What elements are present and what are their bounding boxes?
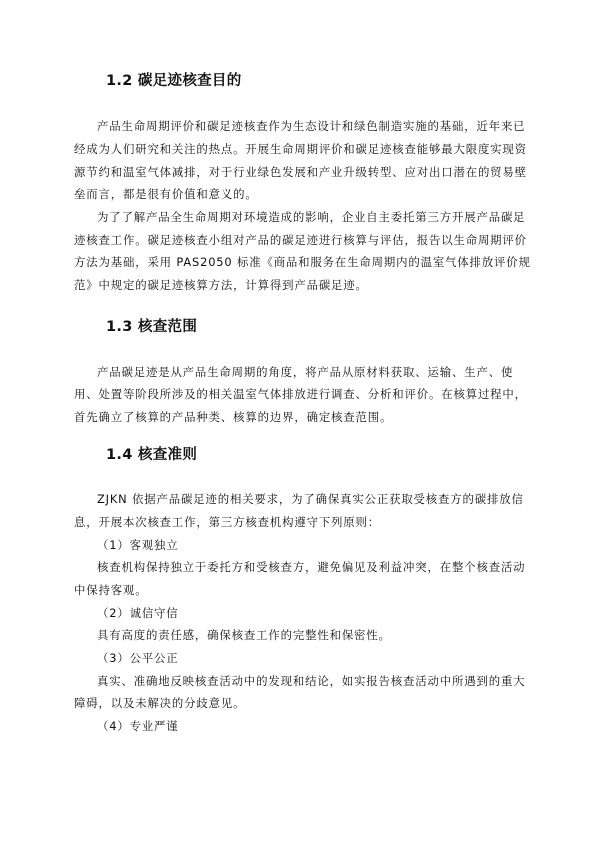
paragraph-line: 中保持客观。 (74, 582, 520, 598)
paragraph-line: 用、处置等阶段所涉及的相关温室气体排放进行调查、分析和评价。在核算过程中， (74, 386, 520, 402)
paragraph-line: ZJKN 依据产品碳足迹的相关要求，为了确保真实公正获取受核查方的碳排放信 (97, 491, 543, 507)
section-heading-1-3: 1.3 核查范围 (106, 318, 197, 336)
document-page: 1.2 碳足迹核查目的 产品生命周期评价和碳足迹核查作为生态设计和绿色制造实施的… (0, 0, 596, 842)
paragraph-line: 首先确立了核算的产品种类、核算的边界，确定核查范围。 (74, 409, 520, 425)
principle-heading: （3）公平公正 (97, 650, 543, 666)
section-heading-1-2: 1.2 碳足迹核查目的 (106, 72, 242, 90)
paragraph-line: 产品碳足迹是从产品生命周期的角度，将产品从原材料获取、运输、生产、使 (97, 364, 543, 380)
paragraph-line: 具有高度的责任感，确保核查工作的完整性和保密性。 (97, 627, 543, 643)
paragraph-line: 经成为人们研究和关注的热点。开展生命周期评价和碳足迹核查能够最大限度实现资 (74, 141, 520, 157)
paragraph-line: 息，开展本次核查工作，第三方核查机构遵守下列原则： (74, 514, 520, 530)
principle-heading: （4）专业严谨 (97, 718, 543, 734)
paragraph-line: 源节约和温室气体减排，对于行业绿色发展和产业升级转型、应对出口潜在的贸易壁 (74, 164, 520, 180)
section-heading-1-4: 1.4 核查准则 (106, 446, 197, 464)
paragraph-line: 迹核查工作。碳足迹核查小组对产品的碳足迹进行核算与评估，报告以生命周期评价 (74, 232, 520, 248)
paragraph-line: 真实、准确地反映核查活动中的发现和结论，如实报告核查活动中所遇到的重大 (97, 673, 543, 689)
paragraph-line: 产品生命周期评价和碳足迹核查作为生态设计和绿色制造实施的基础，近年来已 (97, 118, 543, 134)
paragraph-line: 范》中规定的碳足迹核算方法，计算得到产品碳足迹。 (74, 277, 520, 293)
paragraph-line: 障碍，以及未解决的分歧意见。 (74, 695, 520, 711)
paragraph-line: 垒而言，都是很有价值和意义的。 (74, 186, 520, 202)
principle-heading: （2）诚信守信 (97, 605, 543, 621)
paragraph-line: 方法为基础，采用 PAS2050 标准《商品和服务在生命周期内的温室气体排放评价… (74, 254, 520, 270)
principle-heading: （1）客观独立 (97, 537, 543, 553)
paragraph-line: 核查机构保持独立于委托方和受核查方，避免偏见及利益冲突，在整个核查活动 (97, 559, 543, 575)
paragraph-line: 为了了解产品全生命周期对环境造成的影响，企业自主委托第三方开展产品碳足 (97, 209, 543, 225)
